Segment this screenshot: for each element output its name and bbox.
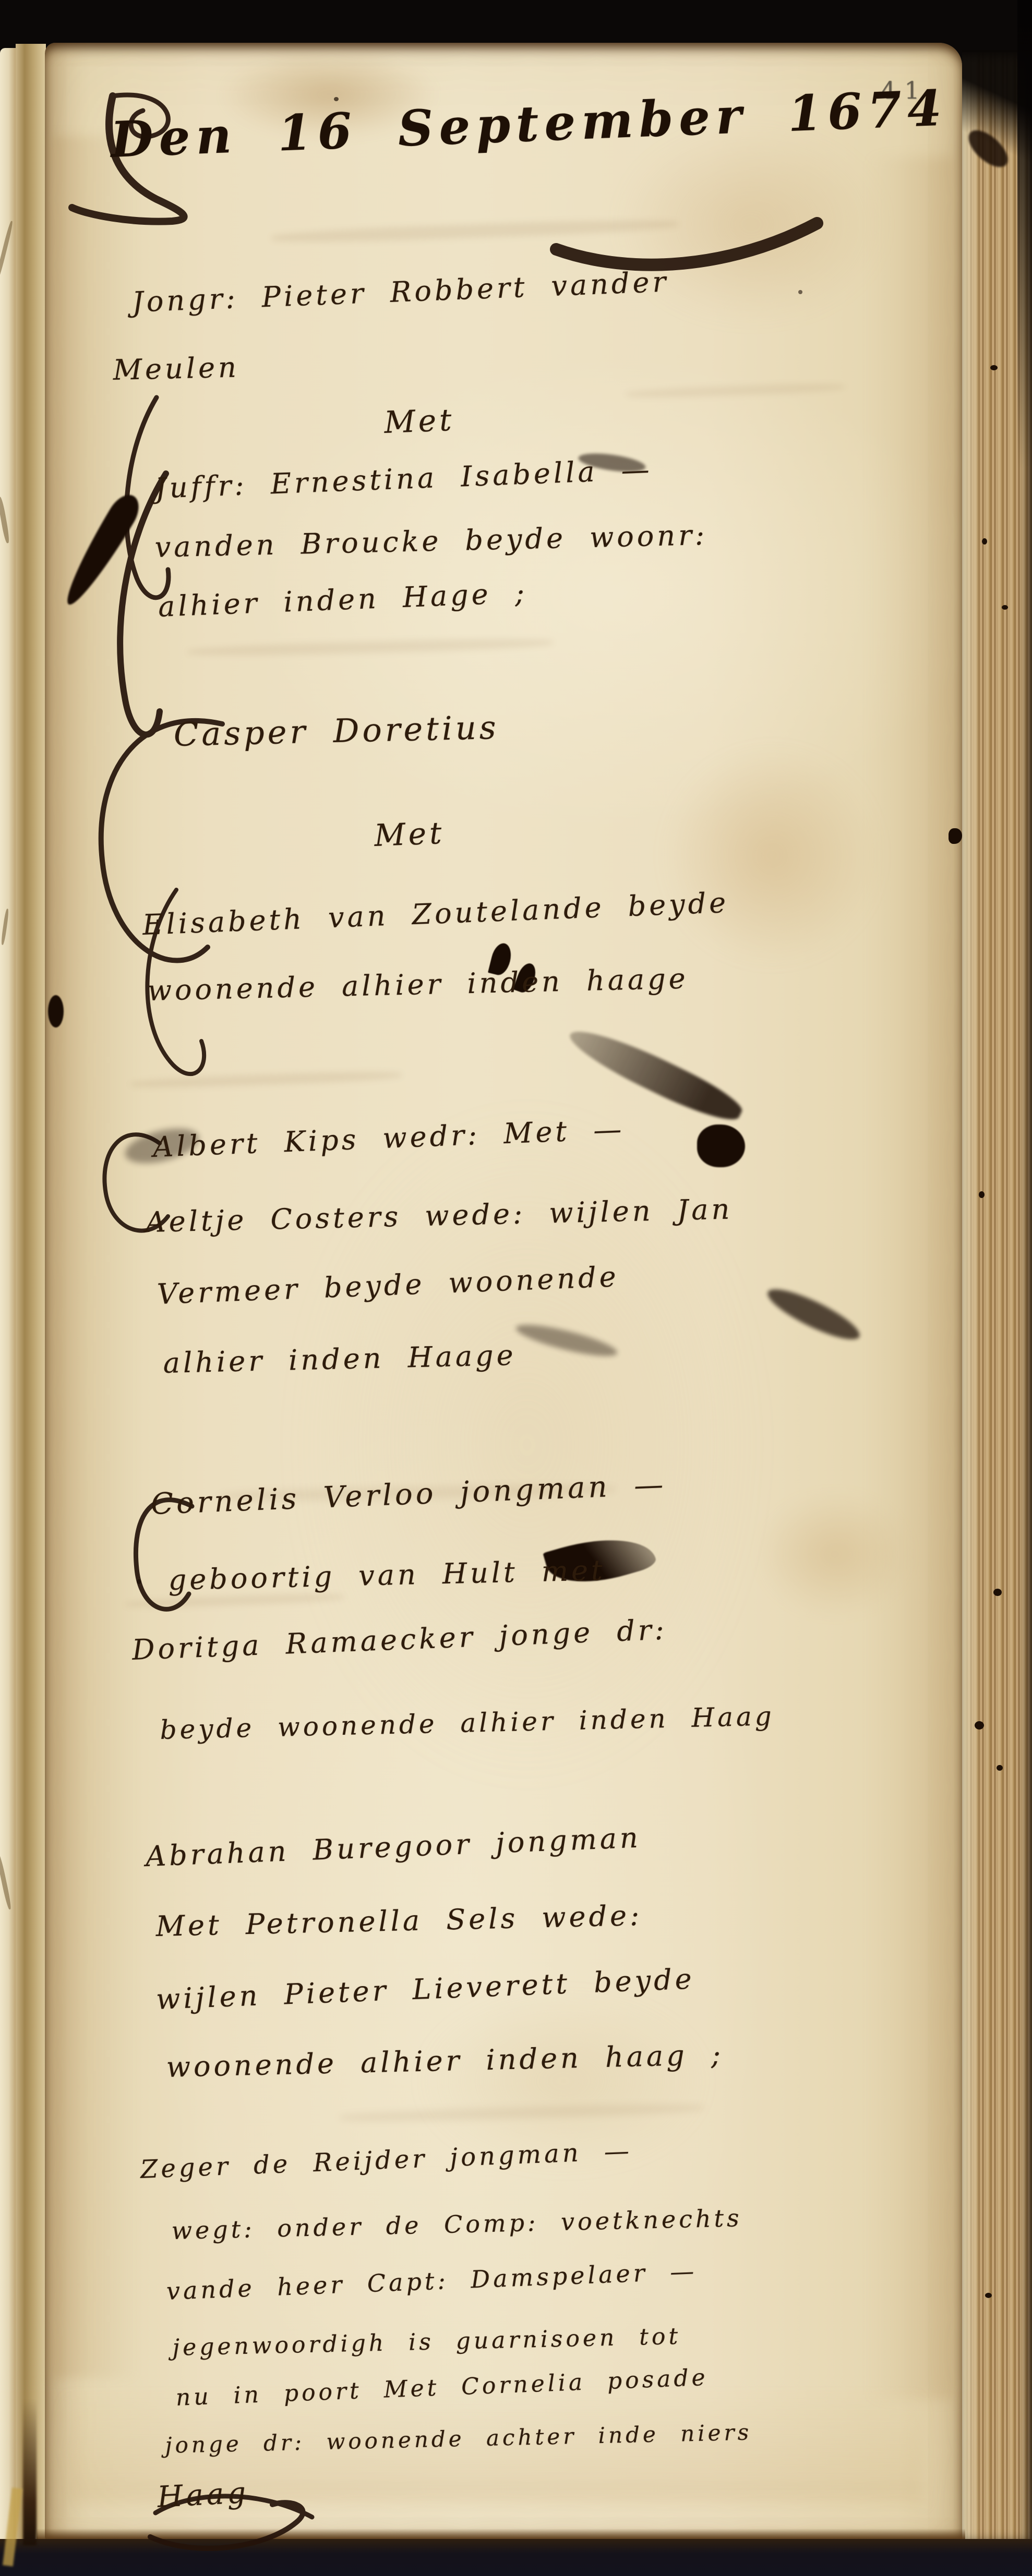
- handwritten-line: Albert Kips wedr: Met —: [152, 1112, 625, 1164]
- handwritten-line: Aeltje Costers wede: wijlen Jan: [145, 1192, 733, 1239]
- handwritten-line: Jongr: Pieter Robbert vander: [131, 265, 669, 318]
- handwritten-line: Haag: [157, 2476, 250, 2514]
- handwritten-line: wijlen Pieter Lieverett beyde: [155, 1962, 695, 2016]
- handwritten-line: Meulen: [113, 351, 239, 386]
- handwritten-line: Met Petronella Sels wede:: [155, 1899, 643, 1943]
- handwritten-line: jegenwoordigh is guarnisoen tot: [172, 2323, 681, 2361]
- manuscript-scan: 41 Den 16 September 1674 Jongr: Pieter R…: [0, 0, 1032, 2576]
- handwritten-line: wegt: onder de Comp: voetknechts: [171, 2204, 742, 2245]
- handwritten-line: Abrahan Buregoor jongman: [145, 1821, 642, 1873]
- handwritten-line: Juffr: Ernestina Isabella —: [154, 453, 653, 505]
- entry-date-heading: Den 16 September 1674: [110, 79, 948, 169]
- handwritten-line: Cornelis Verloo jongman —: [150, 1468, 667, 1521]
- handwritten-line: Met: [374, 815, 446, 853]
- handwritten-line: vanden Broucke beyde woonr:: [154, 518, 708, 564]
- handwritten-line: Elisabeth van Zoutelande beyde: [142, 886, 729, 941]
- handwritten-line: jonge dr: woonende achter inde niers: [165, 2419, 752, 2458]
- handwritten-line: Casper Doretius: [173, 708, 499, 754]
- handwritten-line: Vermeer beyde woonende: [157, 1260, 620, 1311]
- handwritten-line: geboortig van Hult met: [168, 1554, 606, 1597]
- handwritten-line: Zeger de Reijder jongman —: [140, 2136, 633, 2184]
- handwritten-line: nu in poort Met Cornelia posade: [175, 2364, 709, 2411]
- handwritten-line: beyde woonende alhier inden Haag: [160, 1701, 775, 1745]
- handwritten-line: woonende alhier inden haage: [147, 962, 689, 1007]
- handwritten-line: woonende alhier inden haag ;: [166, 2038, 724, 2084]
- handwritten-line: alhier inden Hage ;: [158, 576, 528, 623]
- handwriting-layer: 41 Den 16 September 1674 Jongr: Pieter R…: [0, 0, 1032, 2576]
- handwritten-line: Met: [383, 402, 455, 440]
- handwritten-line: alhier inden Haage: [163, 1339, 517, 1380]
- handwritten-line: Doritga Ramaecker jonge dr:: [131, 1613, 668, 1666]
- handwritten-line: vande heer Capt: Damspelaer —: [166, 2257, 698, 2305]
